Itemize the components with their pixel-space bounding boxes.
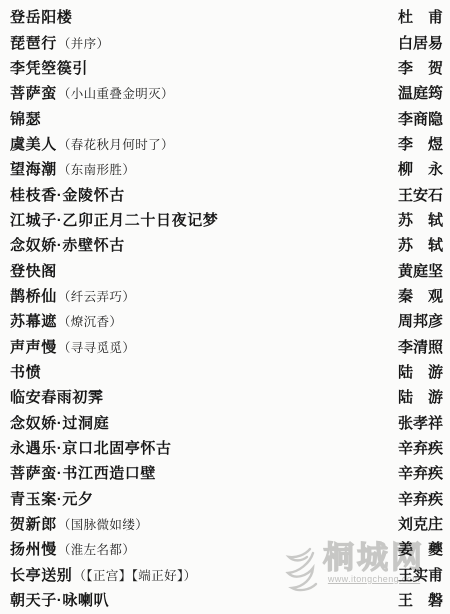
entry-title-group: 朝天子·咏喇叭 — [10, 589, 110, 610]
entry-title-group: 琵琶行 （并序） — [10, 32, 109, 53]
entry-title: 念奴娇·过洞庭 — [10, 412, 109, 433]
entry-author: 李 煜 — [398, 133, 443, 154]
entry-title-group: 登快阁 — [10, 260, 58, 281]
entry-title-group: 永遇乐·京口北固亭怀古 — [10, 437, 173, 458]
entry-title-group: 鹊桥仙 （纤云弄巧） — [10, 285, 135, 306]
entry-title-group: 长亭送别 （【正宫】【端正好】） — [10, 564, 197, 585]
entry-subtitle: （小山重叠金明灭） — [58, 84, 174, 102]
entry-title: 菩萨蛮·书江西造口壁 — [10, 462, 156, 483]
entry-title-group: 菩萨蛮·书江西造口壁 — [10, 462, 157, 483]
entry-author: 王安石 — [398, 184, 443, 205]
entry-author: 温庭筠 — [398, 82, 443, 103]
entry-title: 李凭箜篌引 — [10, 57, 88, 78]
toc-entry-row: 声声慢 （寻寻觅觅） 李清照 — [10, 333, 443, 358]
entry-title: 扬州慢 — [10, 538, 57, 559]
entry-author: 黄庭坚 — [398, 260, 443, 281]
entry-title: 书愤 — [10, 361, 41, 382]
entry-title-group: 书愤 — [10, 361, 42, 382]
toc-list: 登岳阳楼 杜 甫 琵琶行 （并序） 白居易 李凭箜篌引 李 贺 菩萨蛮 （小山重… — [0, 0, 450, 612]
entry-title: 琵琶行 — [10, 32, 57, 53]
entry-author: 李 贺 — [398, 57, 443, 78]
toc-entry-row: 贺新郎 （国脉微如缕） 刘克庄 — [10, 511, 443, 536]
toc-entry-row: 念奴娇·过洞庭 张孝祥 — [10, 410, 443, 435]
entry-title: 临安春雨初霁 — [10, 386, 104, 407]
entry-title-group: 桂枝香·金陵怀古 — [10, 184, 126, 205]
entry-author: 苏 轼 — [398, 209, 443, 230]
entry-subtitle: （春花秋月何时了） — [58, 135, 174, 153]
entry-title: 桂枝香·金陵怀古 — [10, 184, 125, 205]
toc-entry-row: 锦瑟 李商隐 — [10, 105, 443, 130]
entry-title: 江城子·乙卯正月二十日夜记梦 — [10, 209, 218, 230]
entry-author: 杜 甫 — [398, 6, 443, 27]
toc-entry-row: 登岳阳楼 杜 甫 — [10, 4, 443, 29]
toc-page: 桐城网 www.itongcheng.com 登岳阳楼 杜 甫 琵琶行 （并序）… — [0, 0, 450, 614]
entry-title: 虞美人 — [10, 133, 57, 154]
entry-author: 白居易 — [398, 32, 443, 53]
entry-author: 陆 游 — [398, 386, 443, 407]
toc-entry-row: 桂枝香·金陵怀古 王安石 — [10, 181, 443, 206]
toc-entry-row: 临安春雨初霁 陆 游 — [10, 384, 443, 409]
toc-entry-row: 青玉案·元夕 辛弃疾 — [10, 486, 443, 511]
entry-author: 周邦彦 — [398, 310, 443, 331]
entry-title: 苏幕遮 — [10, 310, 57, 331]
toc-entry-row: 鹊桥仙 （纤云弄巧） 秦 观 — [10, 283, 443, 308]
entry-author: 王实甫 — [398, 564, 443, 585]
entry-title: 长亭送别 — [10, 564, 72, 585]
entry-author: 李商隐 — [398, 108, 443, 129]
entry-title-group: 青玉案·元夕 — [10, 488, 95, 509]
entry-title: 朝天子·咏喇叭 — [10, 589, 109, 610]
entry-title-group: 临安春雨初霁 — [10, 386, 105, 407]
entry-author: 辛弃疾 — [398, 437, 443, 458]
entry-title-group: 贺新郎 （国脉微如缕） — [10, 513, 148, 534]
toc-entry-row: 永遇乐·京口北固亭怀古 辛弃疾 — [10, 435, 443, 460]
entry-author: 柳 永 — [398, 158, 443, 179]
toc-entry-row: 琵琶行 （并序） 白居易 — [10, 29, 443, 54]
entry-title-group: 扬州慢 （淮左名都） — [10, 538, 135, 559]
entry-title: 登岳阳楼 — [10, 6, 72, 27]
entry-title: 永遇乐·京口北固亭怀古 — [10, 437, 172, 458]
toc-entry-row: 扬州慢 （淮左名都） 姜 夔 — [10, 536, 443, 561]
toc-entry-row: 登快阁 黄庭坚 — [10, 257, 443, 282]
entry-title-group: 念奴娇·过洞庭 — [10, 412, 110, 433]
entry-author: 刘克庄 — [398, 513, 443, 534]
toc-entry-row: 长亭送别 （【正宫】【端正好】） 王实甫 — [10, 562, 443, 587]
toc-entry-row: 李凭箜篌引 李 贺 — [10, 55, 443, 80]
entry-author: 苏 轼 — [398, 234, 443, 255]
entry-author: 辛弃疾 — [398, 462, 443, 483]
toc-entry-row: 江城子·乙卯正月二十日夜记梦 苏 轼 — [10, 207, 443, 232]
entry-title-group: 锦瑟 — [10, 108, 42, 129]
entry-subtitle: （寻寻觅觅） — [58, 338, 135, 356]
toc-entry-row: 念奴娇·赤壁怀古 苏 轼 — [10, 232, 443, 257]
entry-subtitle: （燎沉香） — [58, 312, 123, 330]
entry-author: 张孝祥 — [398, 412, 443, 433]
entry-author: 王 磐 — [398, 589, 443, 610]
entry-title: 青玉案·元夕 — [10, 488, 94, 509]
entry-title-group: 江城子·乙卯正月二十日夜记梦 — [10, 209, 219, 230]
toc-entry-row: 望海潮 （东南形胜） 柳 永 — [10, 156, 443, 181]
entry-title: 登快阁 — [10, 260, 57, 281]
entry-subtitle: （【正宫】【端正好】） — [73, 566, 196, 584]
entry-subtitle: （东南形胜） — [58, 160, 135, 178]
entry-subtitle: （淮左名都） — [58, 540, 135, 558]
entry-subtitle: （国脉微如缕） — [58, 515, 148, 533]
entry-title-group: 登岳阳楼 — [10, 6, 73, 27]
entry-author: 秦 观 — [398, 285, 443, 306]
entry-title: 望海潮 — [10, 158, 57, 179]
entry-author: 李清照 — [398, 336, 443, 357]
toc-entry-row: 书愤 陆 游 — [10, 359, 443, 384]
toc-entry-row: 苏幕遮 （燎沉香） 周邦彦 — [10, 308, 443, 333]
entry-title-group: 虞美人 （春花秋月何时了） — [10, 133, 174, 154]
entry-title-group: 声声慢 （寻寻觅觅） — [10, 336, 135, 357]
entry-title: 念奴娇·赤壁怀古 — [10, 234, 125, 255]
entry-title-group: 苏幕遮 （燎沉香） — [10, 310, 122, 331]
entry-title: 菩萨蛮 — [10, 82, 57, 103]
toc-entry-row: 菩萨蛮·书江西造口壁 辛弃疾 — [10, 460, 443, 485]
entry-author: 姜 夔 — [398, 538, 443, 559]
entry-title: 锦瑟 — [10, 108, 41, 129]
entry-author: 辛弃疾 — [398, 488, 443, 509]
entry-subtitle: （并序） — [58, 34, 110, 52]
entry-title: 声声慢 — [10, 336, 57, 357]
entry-author: 陆 游 — [398, 361, 443, 382]
entry-title-group: 念奴娇·赤壁怀古 — [10, 234, 126, 255]
entry-title-group: 李凭箜篌引 — [10, 57, 89, 78]
entry-title-group: 菩萨蛮 （小山重叠金明灭） — [10, 82, 174, 103]
entry-subtitle: （纤云弄巧） — [58, 287, 135, 305]
entry-title: 贺新郎 — [10, 513, 57, 534]
toc-entry-row: 朝天子·咏喇叭 王 磐 — [10, 587, 443, 612]
entry-title: 鹊桥仙 — [10, 285, 57, 306]
toc-entry-row: 虞美人 （春花秋月何时了） 李 煜 — [10, 131, 443, 156]
entry-title-group: 望海潮 （东南形胜） — [10, 158, 135, 179]
toc-entry-row: 菩萨蛮 （小山重叠金明灭） 温庭筠 — [10, 80, 443, 105]
